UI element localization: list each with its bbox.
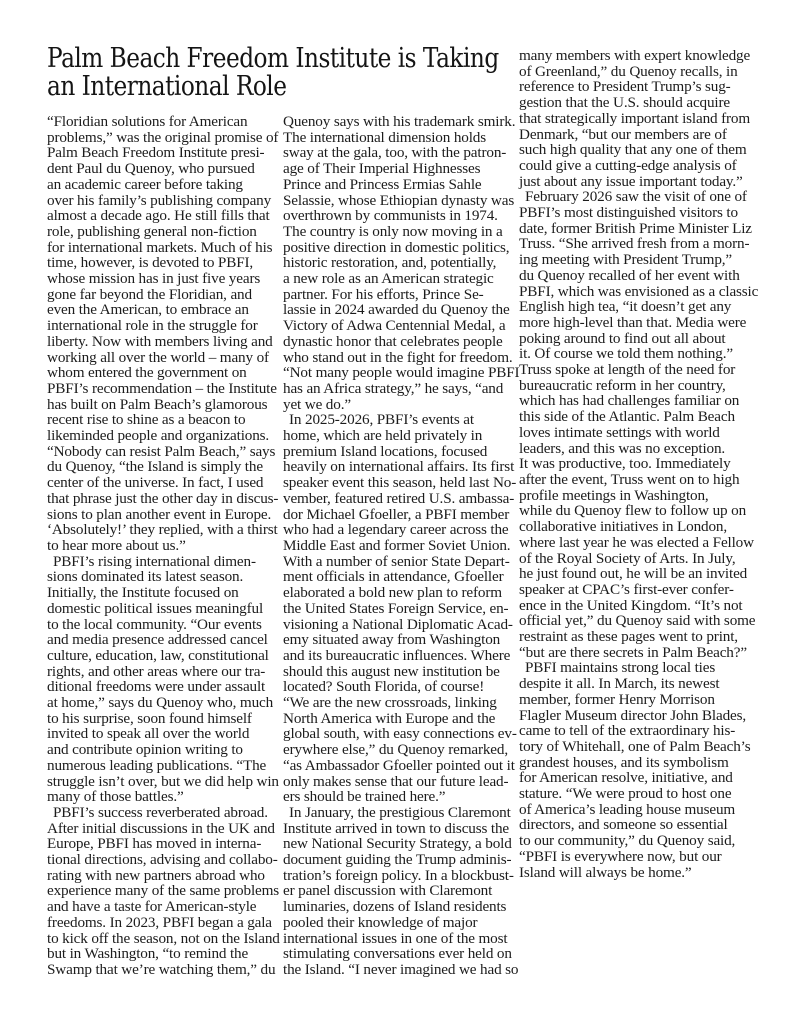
- text-line: only makes sense that our future lead-: [283, 774, 513, 790]
- text-line: to kick off the season, not on the Islan…: [47, 931, 277, 947]
- text-line: and media presence addressed cancel: [47, 632, 277, 648]
- text-line: came to tell of the extraordinary his-: [519, 723, 754, 739]
- text-line: at home,” says du Quenoy who, much: [47, 695, 277, 711]
- text-line: and contribute opinion writing to: [47, 742, 277, 758]
- text-line: North America with Europe and the: [283, 711, 513, 727]
- text-line: yet we do.”: [283, 397, 513, 413]
- article-title: Palm Beach Freedom Institute is Taking a…: [47, 45, 451, 101]
- text-line: global south, with easy connections ev-: [283, 726, 513, 742]
- text-line: dor Michael Gfoeller, a PBFI member: [283, 507, 513, 523]
- text-line: With a number of senior State Depart-: [283, 554, 513, 570]
- text-line: speaker at CPAC’s first-ever confer-: [519, 582, 754, 598]
- text-line: In 2025-2026, PBFI’s events at: [283, 412, 513, 428]
- text-line: whom entered the government on: [47, 365, 277, 381]
- text-line: of America’s leading house museum: [519, 802, 754, 818]
- text-line: which has had challenges familiar on: [519, 393, 754, 409]
- text-line: English high tea, “it doesn’t get any: [519, 299, 754, 315]
- text-line: official yet,” du Quenoy said with some: [519, 613, 754, 629]
- text-line: Initially, the Institute focused on: [47, 585, 277, 601]
- text-line: Flagler Museum director John Blades,: [519, 708, 754, 724]
- text-line: profile meetings in Washington,: [519, 488, 754, 504]
- text-line: leaders, and this was no exception.: [519, 441, 754, 457]
- text-line: could give a cutting-edge analysis of: [519, 158, 754, 174]
- text-line: rights, and other areas where our tra-: [47, 664, 277, 680]
- text-line: freedoms. In 2023, PBFI began a gala: [47, 915, 277, 931]
- text-line: for international markets. Much of his: [47, 240, 277, 256]
- text-line: located? South Florida, of course!: [283, 679, 513, 695]
- text-line: likeminded people and organizations.: [47, 428, 277, 444]
- text-line: Truss. “She arrived fresh from a morn-: [519, 236, 754, 252]
- text-line: problems,” was the original promise of: [47, 130, 277, 146]
- text-line: Truss spoke at length of the need for: [519, 362, 754, 378]
- text-line: Denmark, “but our members are of: [519, 127, 754, 143]
- text-line: dent Paul du Quenoy, who pursued: [47, 161, 277, 177]
- text-line: ment officials in attendance, Gfoeller: [283, 569, 513, 585]
- text-line: du Quenoy recalled of her event with: [519, 268, 754, 284]
- text-line: a new role as an American strategic: [283, 271, 513, 287]
- text-line: PBFI’s recommendation – the Institute: [47, 381, 277, 397]
- text-line: invited to speak all over the world: [47, 726, 277, 742]
- text-line: Institute arrived in town to discuss the: [283, 821, 513, 837]
- text-line: should this august new institution be: [283, 664, 513, 680]
- text-line: “PBFI is everywhere now, but our: [519, 849, 754, 865]
- text-line: stature. “We were proud to host one: [519, 786, 754, 802]
- text-line: pooled their knowledge of major: [283, 915, 513, 931]
- text-line: gone far beyond the Floridian, and: [47, 287, 277, 303]
- text-line: almost a decade ago. He still fills that: [47, 208, 277, 224]
- text-line: PBFI’s success reverberated abroad.: [47, 805, 277, 821]
- text-line: many members with expert knowledge: [519, 48, 754, 64]
- title-line: an International Role: [47, 73, 451, 101]
- text-line: working all over the world – many of: [47, 350, 277, 366]
- text-line: document guiding the Trump adminis-: [283, 852, 513, 868]
- text-line: whose mission has in just five years: [47, 271, 277, 287]
- title-line: Palm Beach Freedom Institute is Taking: [47, 45, 451, 73]
- text-line: over his family’s publishing company: [47, 193, 277, 209]
- text-line: The international dimension holds: [283, 130, 513, 146]
- article-column-1: “Floridian solutions for Americanproblem…: [47, 114, 277, 978]
- text-line: PBFI’s most distinguished visitors to: [519, 205, 754, 221]
- text-line: who stand out in the fight for freedom.: [283, 350, 513, 366]
- text-line: erywhere else,” du Quenoy remarked,: [283, 742, 513, 758]
- text-line: tration’s foreign policy. In a blockbust…: [283, 868, 513, 884]
- text-line: more high-level than that. Media were: [519, 315, 754, 331]
- text-line: loves intimate settings with world: [519, 425, 754, 441]
- text-line: Palm Beach Freedom Institute presi-: [47, 145, 277, 161]
- text-line: age of Their Imperial Highnesses: [283, 161, 513, 177]
- text-line: he just found out, he will be an invited: [519, 566, 754, 582]
- text-line: domestic political issues meaningful: [47, 601, 277, 617]
- text-line: that strategically important island from: [519, 111, 754, 127]
- text-line: visioning a National Diplomatic Acad-: [283, 617, 513, 633]
- text-line: and its bureaucratic influences. Where: [283, 648, 513, 664]
- text-line: bureaucratic reform in her country,: [519, 378, 754, 394]
- article-page: Palm Beach Freedom Institute is Taking a…: [0, 0, 791, 1024]
- text-line: elaborated a bold new plan to reform: [283, 585, 513, 601]
- text-line: PBFI maintains strong local ties: [519, 660, 754, 676]
- text-line: home, which are held privately in: [283, 428, 513, 444]
- text-line: to his surprise, soon found himself: [47, 711, 277, 727]
- text-line: Europe, PBFI has moved in interna-: [47, 836, 277, 852]
- text-line: restraint as these pages went to print,: [519, 629, 754, 645]
- text-line: Victory of Adwa Centennial Medal, a: [283, 318, 513, 334]
- text-line: after the event, Truss went on to high: [519, 472, 754, 488]
- text-line: despite it all. In March, its newest: [519, 676, 754, 692]
- text-line: dynastic honor that celebrates people: [283, 334, 513, 350]
- text-line: stimulating conversations ever held on: [283, 946, 513, 962]
- text-line: speaker event this season, held last No-: [283, 475, 513, 491]
- text-line: and have a taste for American-style: [47, 899, 277, 915]
- text-line: the United States Foreign Service, en-: [283, 601, 513, 617]
- text-line: It was productive, too. Immediately: [519, 456, 754, 472]
- text-line: who had a legendary career across the: [283, 522, 513, 538]
- text-line: du Quenoy, “the Island is simply the: [47, 459, 277, 475]
- text-line: partner. For his efforts, Prince Se-: [283, 287, 513, 303]
- text-line: “as Ambassador Gfoeller pointed out it: [283, 758, 513, 774]
- text-line: numerous leading publications. “The: [47, 758, 277, 774]
- text-line: member, former Henry Morrison: [519, 692, 754, 708]
- text-line: historic restoration, and, potentially,: [283, 255, 513, 271]
- text-line: struggle isn’t over, but we did help win: [47, 774, 277, 790]
- text-line: overthrown by communists in 1974.: [283, 208, 513, 224]
- text-line: has built on Palm Beach’s glamorous: [47, 397, 277, 413]
- text-line: international role in the struggle for: [47, 318, 277, 334]
- text-line: international issues in one of the most: [283, 931, 513, 947]
- text-line: time, however, is devoted to PBFI,: [47, 255, 277, 271]
- text-line: just about any issue important today.”: [519, 174, 754, 190]
- text-line: Island will always be home.”: [519, 865, 754, 881]
- text-line: sions dominated its latest season.: [47, 569, 277, 585]
- text-line: such high quality that any one of them: [519, 142, 754, 158]
- text-line: PBFI, which was envisioned as a classic: [519, 284, 754, 300]
- text-line: sway at the gala, too, with the patron-: [283, 145, 513, 161]
- text-line: sions to plan another event in Europe.: [47, 507, 277, 523]
- text-line: where last year he was elected a Fellow: [519, 535, 754, 551]
- text-line: positive direction in domestic politics,: [283, 240, 513, 256]
- text-line: “Floridian solutions for American: [47, 114, 277, 130]
- text-line: ence in the United Kingdom. “It’s not: [519, 598, 754, 614]
- text-line: tory of Whitehall, one of Palm Beach’s: [519, 739, 754, 755]
- text-line: heavily on international affairs. Its fi…: [283, 459, 513, 475]
- text-line: poking around to find out all about: [519, 331, 754, 347]
- text-line: reference to President Trump’s sug-: [519, 79, 754, 95]
- text-line: that phrase just the other day in discus…: [47, 491, 277, 507]
- text-line: gestion that the U.S. should acquire: [519, 95, 754, 111]
- text-line: but in Washington, “to remind the: [47, 946, 277, 962]
- text-line: has an Africa strategy,” he says, “and: [283, 381, 513, 397]
- text-line: many of those battles.”: [47, 789, 277, 805]
- text-line: ditional freedoms were under assault: [47, 679, 277, 695]
- text-line: to hear more about us.”: [47, 538, 277, 554]
- text-line: ers should be trained here.”: [283, 789, 513, 805]
- text-line: premium Island locations, focused: [283, 444, 513, 460]
- text-line: even the American, to embrace an: [47, 302, 277, 318]
- text-line: liberty. Now with members living and: [47, 334, 277, 350]
- text-line: this side of the Atlantic. Palm Beach: [519, 409, 754, 425]
- article-column-3: many members with expert knowledgeof Gre…: [519, 48, 754, 880]
- text-line: PBFI’s rising international dimen-: [47, 554, 277, 570]
- text-line: “Not many people would imagine PBFI: [283, 365, 513, 381]
- text-line: rating with new partners abroad who: [47, 868, 277, 884]
- text-line: “We are the new crossroads, linking: [283, 695, 513, 711]
- text-line: grandest houses, and its symbolism: [519, 755, 754, 771]
- text-line: the Island. “I never imagined we had so: [283, 962, 513, 978]
- text-line: date, former British Prime Minister Liz: [519, 221, 754, 237]
- text-line: center of the universe. In fact, I used: [47, 475, 277, 491]
- text-line: The country is only now moving in a: [283, 224, 513, 240]
- text-line: Selassie, whose Ethiopian dynasty was: [283, 193, 513, 209]
- text-line: directors, and someone so essential: [519, 817, 754, 833]
- text-line: while du Quenoy flew to follow up on: [519, 503, 754, 519]
- text-line: Prince and Princess Ermias Sahle: [283, 177, 513, 193]
- text-line: ‘Absolutely!’ they replied, with a thirs…: [47, 522, 277, 538]
- text-line: recent rise to shine as a beacon to: [47, 412, 277, 428]
- text-line: culture, education, law, constitutional: [47, 648, 277, 664]
- text-line: an academic career before taking: [47, 177, 277, 193]
- text-line: it. Of course we told them nothing.”: [519, 346, 754, 362]
- text-line: In January, the prestigious Claremont: [283, 805, 513, 821]
- text-line: Quenoy says with his trademark smirk.: [283, 114, 513, 130]
- text-line: new National Security Strategy, a bold: [283, 836, 513, 852]
- text-line: collaborative initiatives in London,: [519, 519, 754, 535]
- text-line: vember, featured retired U.S. ambassa-: [283, 491, 513, 507]
- text-line: ing meeting with President Trump,”: [519, 252, 754, 268]
- text-line: to the local community. “Our events: [47, 617, 277, 633]
- text-line: for American resolve, initiative, and: [519, 770, 754, 786]
- text-line: emy situated away from Washington: [283, 632, 513, 648]
- text-line: luminaries, dozens of Island residents: [283, 899, 513, 915]
- text-line: Middle East and former Soviet Union.: [283, 538, 513, 554]
- text-line: role, publishing general non-fiction: [47, 224, 277, 240]
- article-column-2: Quenoy says with his trademark smirk.The…: [283, 114, 513, 978]
- text-line: of the Royal Society of Arts. In July,: [519, 551, 754, 567]
- text-line: experience many of the same problems: [47, 883, 277, 899]
- text-line: February 2026 saw the visit of one of: [519, 189, 754, 205]
- text-line: “Nobody can resist Palm Beach,” says: [47, 444, 277, 460]
- text-line: Swamp that we’re watching them,” du: [47, 962, 277, 978]
- text-line: After initial discussions in the UK and: [47, 821, 277, 837]
- text-line: “but are there secrets in Palm Beach?”: [519, 645, 754, 661]
- text-line: to our community,” du Quenoy said,: [519, 833, 754, 849]
- text-line: of Greenland,” du Quenoy recalls, in: [519, 64, 754, 80]
- text-line: tional directions, advising and collabo-: [47, 852, 277, 868]
- text-line: lassie in 2024 awarded du Quenoy the: [283, 302, 513, 318]
- text-line: er panel discussion with Claremont: [283, 883, 513, 899]
